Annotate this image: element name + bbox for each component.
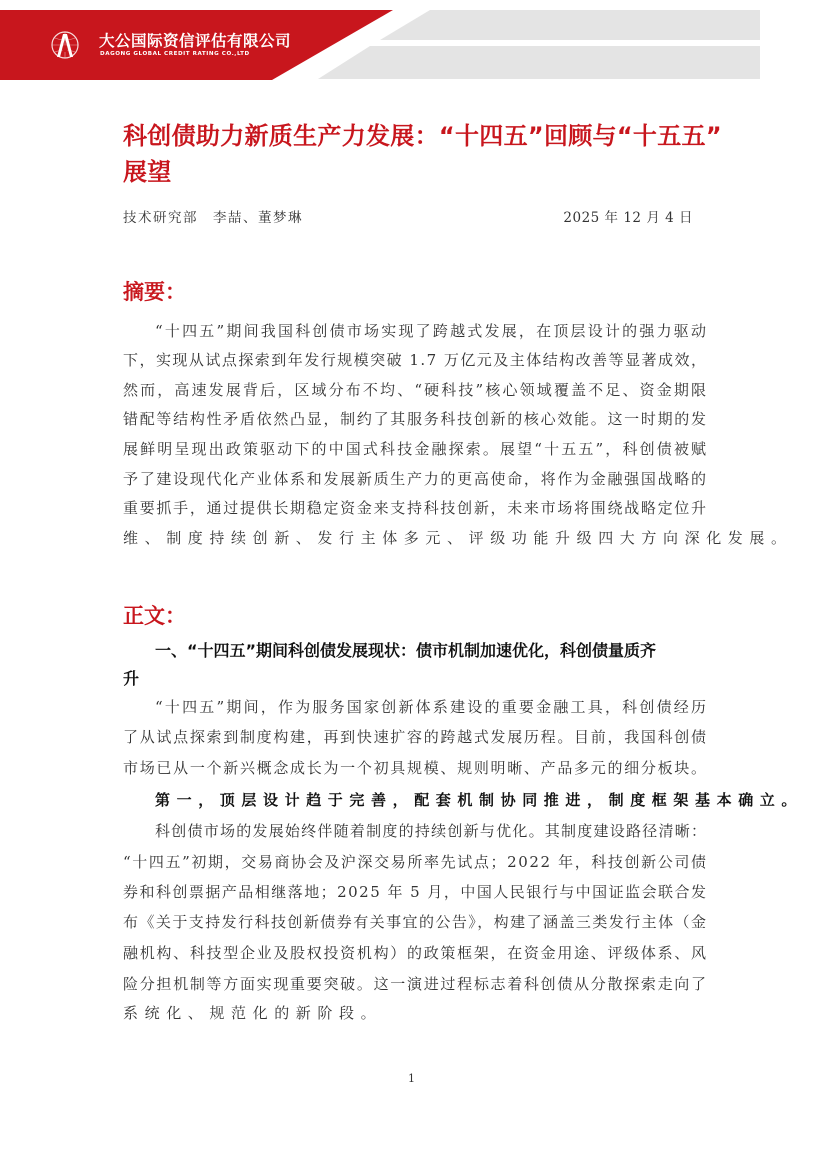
company-name-cn: 大公国际资信评估有限公司	[99, 29, 291, 51]
body-line: 了从试点探索到制度构建，再到快速扩容的跨越式发展历程。目前，我国科创债	[123, 726, 706, 748]
abstract-line: 展鲜明呈现出政策驱动下的中国式科技金融探索。展望“十五五”，科创债被赋	[123, 438, 706, 460]
point1-title: 第一，顶层设计趋于完善，配套机制协同推进，制度框架基本确立。	[155, 789, 706, 811]
abstract-line: 维、制度持续创新、发行主体多元、评级功能升级四大方向深化发展。	[123, 527, 706, 549]
department-authors: 技术研究部 李喆、董梦琳	[123, 206, 303, 226]
body-line: 系统化、规范化的新阶段。	[123, 1002, 706, 1024]
body-line: “十四五”初期，交易商协会及沪深交易所率先试点；2022 年，科技创新公司债	[123, 851, 706, 873]
body-line: 市场已从一个新兴概念成长为一个初具规模、规则明晰、产品多元的细分板块。	[123, 757, 706, 779]
document-date: 2025 年 12 月 4 日	[563, 206, 693, 226]
body-line: 险分担机制等方面实现重要突破。这一演进过程标志着科创债从分散探索走向了	[123, 973, 706, 995]
document-title-line2: 展望	[123, 152, 172, 187]
header-banner: 大公国际资信评估有限公司 DAGONG GLOBAL CREDIT RATING…	[0, 0, 826, 90]
body-line: 布《关于支持发行科技创新债券有关事宜的公告》，构建了涵盖三类发行主体（金	[123, 911, 706, 933]
abstract-line: 予了建设现代化产业体系和发展新质生产力的更高使命，将作为金融强国战略的	[123, 468, 706, 490]
abstract-line: 重要抓手，通过提供长期稳定资金来支持科技创新，未来市场将围绕战略定位升	[123, 497, 706, 519]
body-line: “十四五”期间，作为服务国家创新体系建设的重要金融工具，科创债经历	[155, 696, 706, 718]
abstract-line: 错配等结构性矛盾依然凸显，制约了其服务科技创新的核心效能。这一时期的发	[123, 408, 706, 430]
page-number: 1	[408, 1072, 415, 1085]
section1-title-line1: 一、“十四五”期间科创债发展现状：债市机制加速优化，科创债量质齐	[155, 638, 656, 661]
dagong-logo-icon	[47, 30, 83, 60]
body-line: 融机构、科技型企业及股权投资机构）的政策框架，在资金用途、评级体系、风	[123, 942, 706, 964]
body-heading: 正文：	[123, 600, 186, 630]
abstract-heading: 摘要：	[123, 276, 186, 306]
company-name-en: DAGONG GLOBAL CREDIT RATING CO.,LTD	[100, 51, 250, 57]
document-title-line1: 科创债助力新质生产力发展：“十四五”回顾与“十五五”	[123, 116, 722, 151]
body-line: 科创债市场的发展始终伴随着制度的持续创新与优化。其制度建设路径清晰：	[155, 820, 706, 842]
section1-title-line2: 升	[123, 666, 139, 689]
abstract-line: 下，实现从试点探索到年发行规模突破 1.7 万亿元及主体结构改善等显著成效，	[123, 349, 706, 371]
abstract-line: 然而，高速发展背后，区域分布不均、“硬科技”核心领域覆盖不足、资金期限	[123, 379, 706, 401]
abstract-line: “十四五”期间我国科创债市场实现了跨越式发展，在顶层设计的强力驱动	[155, 320, 706, 342]
body-line: 券和科创票据产品相继落地；2025 年 5 月，中国人民银行与中国证监会联合发	[123, 881, 706, 903]
